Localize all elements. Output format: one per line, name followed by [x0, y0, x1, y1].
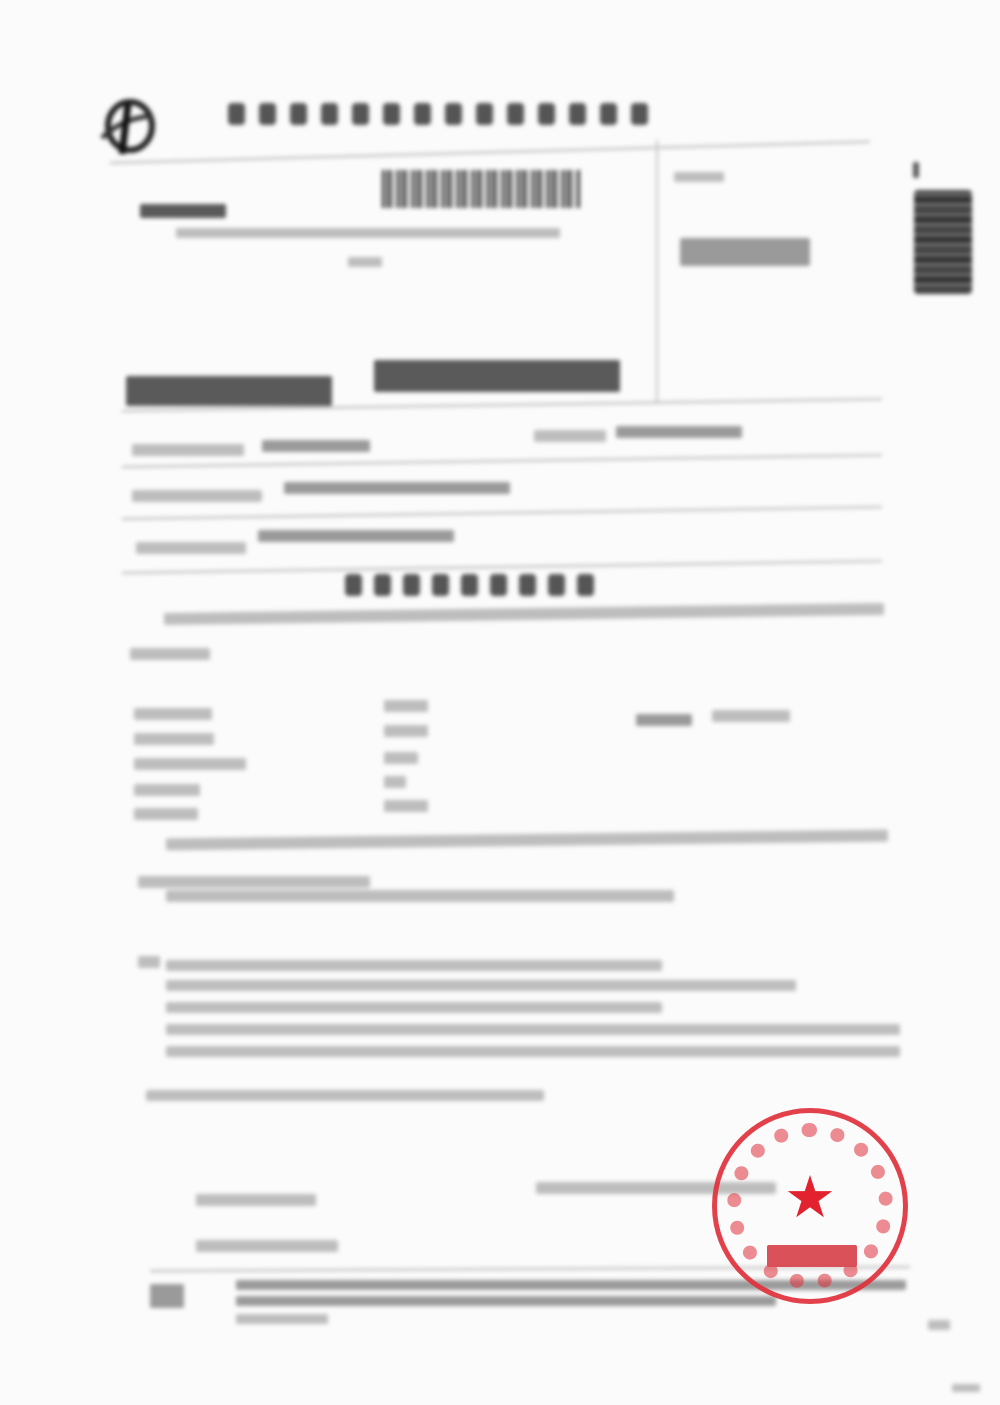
issuer-name: 中华人民共和国国家知识产权局	[0, 0, 1, 1]
application-number	[262, 440, 370, 452]
star-icon: ★	[784, 1168, 836, 1226]
fee-amount	[384, 800, 428, 812]
cnipa-logo-icon	[92, 98, 162, 158]
note-line	[166, 960, 662, 971]
form-code	[952, 1384, 980, 1392]
field-rule	[122, 454, 882, 468]
note-line	[166, 1002, 662, 1013]
total-amount	[712, 710, 790, 722]
note-line	[166, 980, 796, 991]
fee-item-label	[134, 808, 198, 820]
recipient-address-line2	[348, 257, 382, 267]
field-rule	[122, 560, 882, 574]
explanation-line	[166, 830, 888, 851]
footer-text-line	[236, 1314, 328, 1324]
issue-date	[680, 238, 810, 266]
footer-label	[150, 1284, 184, 1308]
invention-title-label	[136, 542, 246, 554]
fee-amount	[384, 752, 418, 764]
letterhead-rule	[110, 141, 870, 164]
notice-title: 缴纳专利年费通知书	[0, 0, 1, 1]
recipient-name-redacted	[126, 376, 332, 406]
notice-number-label	[534, 430, 606, 442]
examiner-label	[196, 1194, 316, 1206]
contact-phone	[196, 1240, 338, 1252]
barcode	[382, 170, 582, 208]
fee-item-label	[134, 733, 214, 745]
explanation-line	[138, 876, 370, 888]
issuer-heading	[228, 103, 648, 125]
notice-heading	[345, 574, 594, 596]
application-number-label	[132, 444, 244, 456]
seal-band	[767, 1245, 857, 1267]
applicant-name	[284, 482, 510, 494]
side-barcode	[914, 190, 972, 294]
field-rule	[122, 506, 882, 520]
fee-item-label	[134, 758, 246, 770]
fee-amount	[384, 700, 428, 712]
side-mark	[913, 162, 919, 178]
footer-text-line	[236, 1296, 776, 1306]
applicant-label	[132, 490, 262, 502]
explanation-line	[166, 890, 674, 902]
issue-date-label	[674, 172, 724, 182]
fee-item-label	[134, 784, 200, 796]
fee-amount	[384, 776, 406, 788]
fee-item-label	[134, 708, 212, 720]
note-line	[146, 1090, 544, 1101]
fee-amount	[384, 725, 428, 737]
total-label	[636, 714, 692, 726]
address-divider	[656, 140, 658, 402]
notes-label	[138, 956, 160, 968]
page-number	[928, 1320, 950, 1330]
postal-code	[140, 204, 226, 218]
recipient-address	[176, 228, 560, 238]
intro-paragraph-line1	[164, 603, 884, 625]
recipient-org-redacted	[374, 360, 620, 392]
intro-paragraph-line2	[130, 648, 210, 660]
official-seal: ★	[712, 1108, 908, 1304]
note-line	[166, 1046, 900, 1057]
invention-title	[258, 530, 454, 542]
notice-number	[616, 426, 742, 438]
note-line	[166, 1024, 900, 1035]
